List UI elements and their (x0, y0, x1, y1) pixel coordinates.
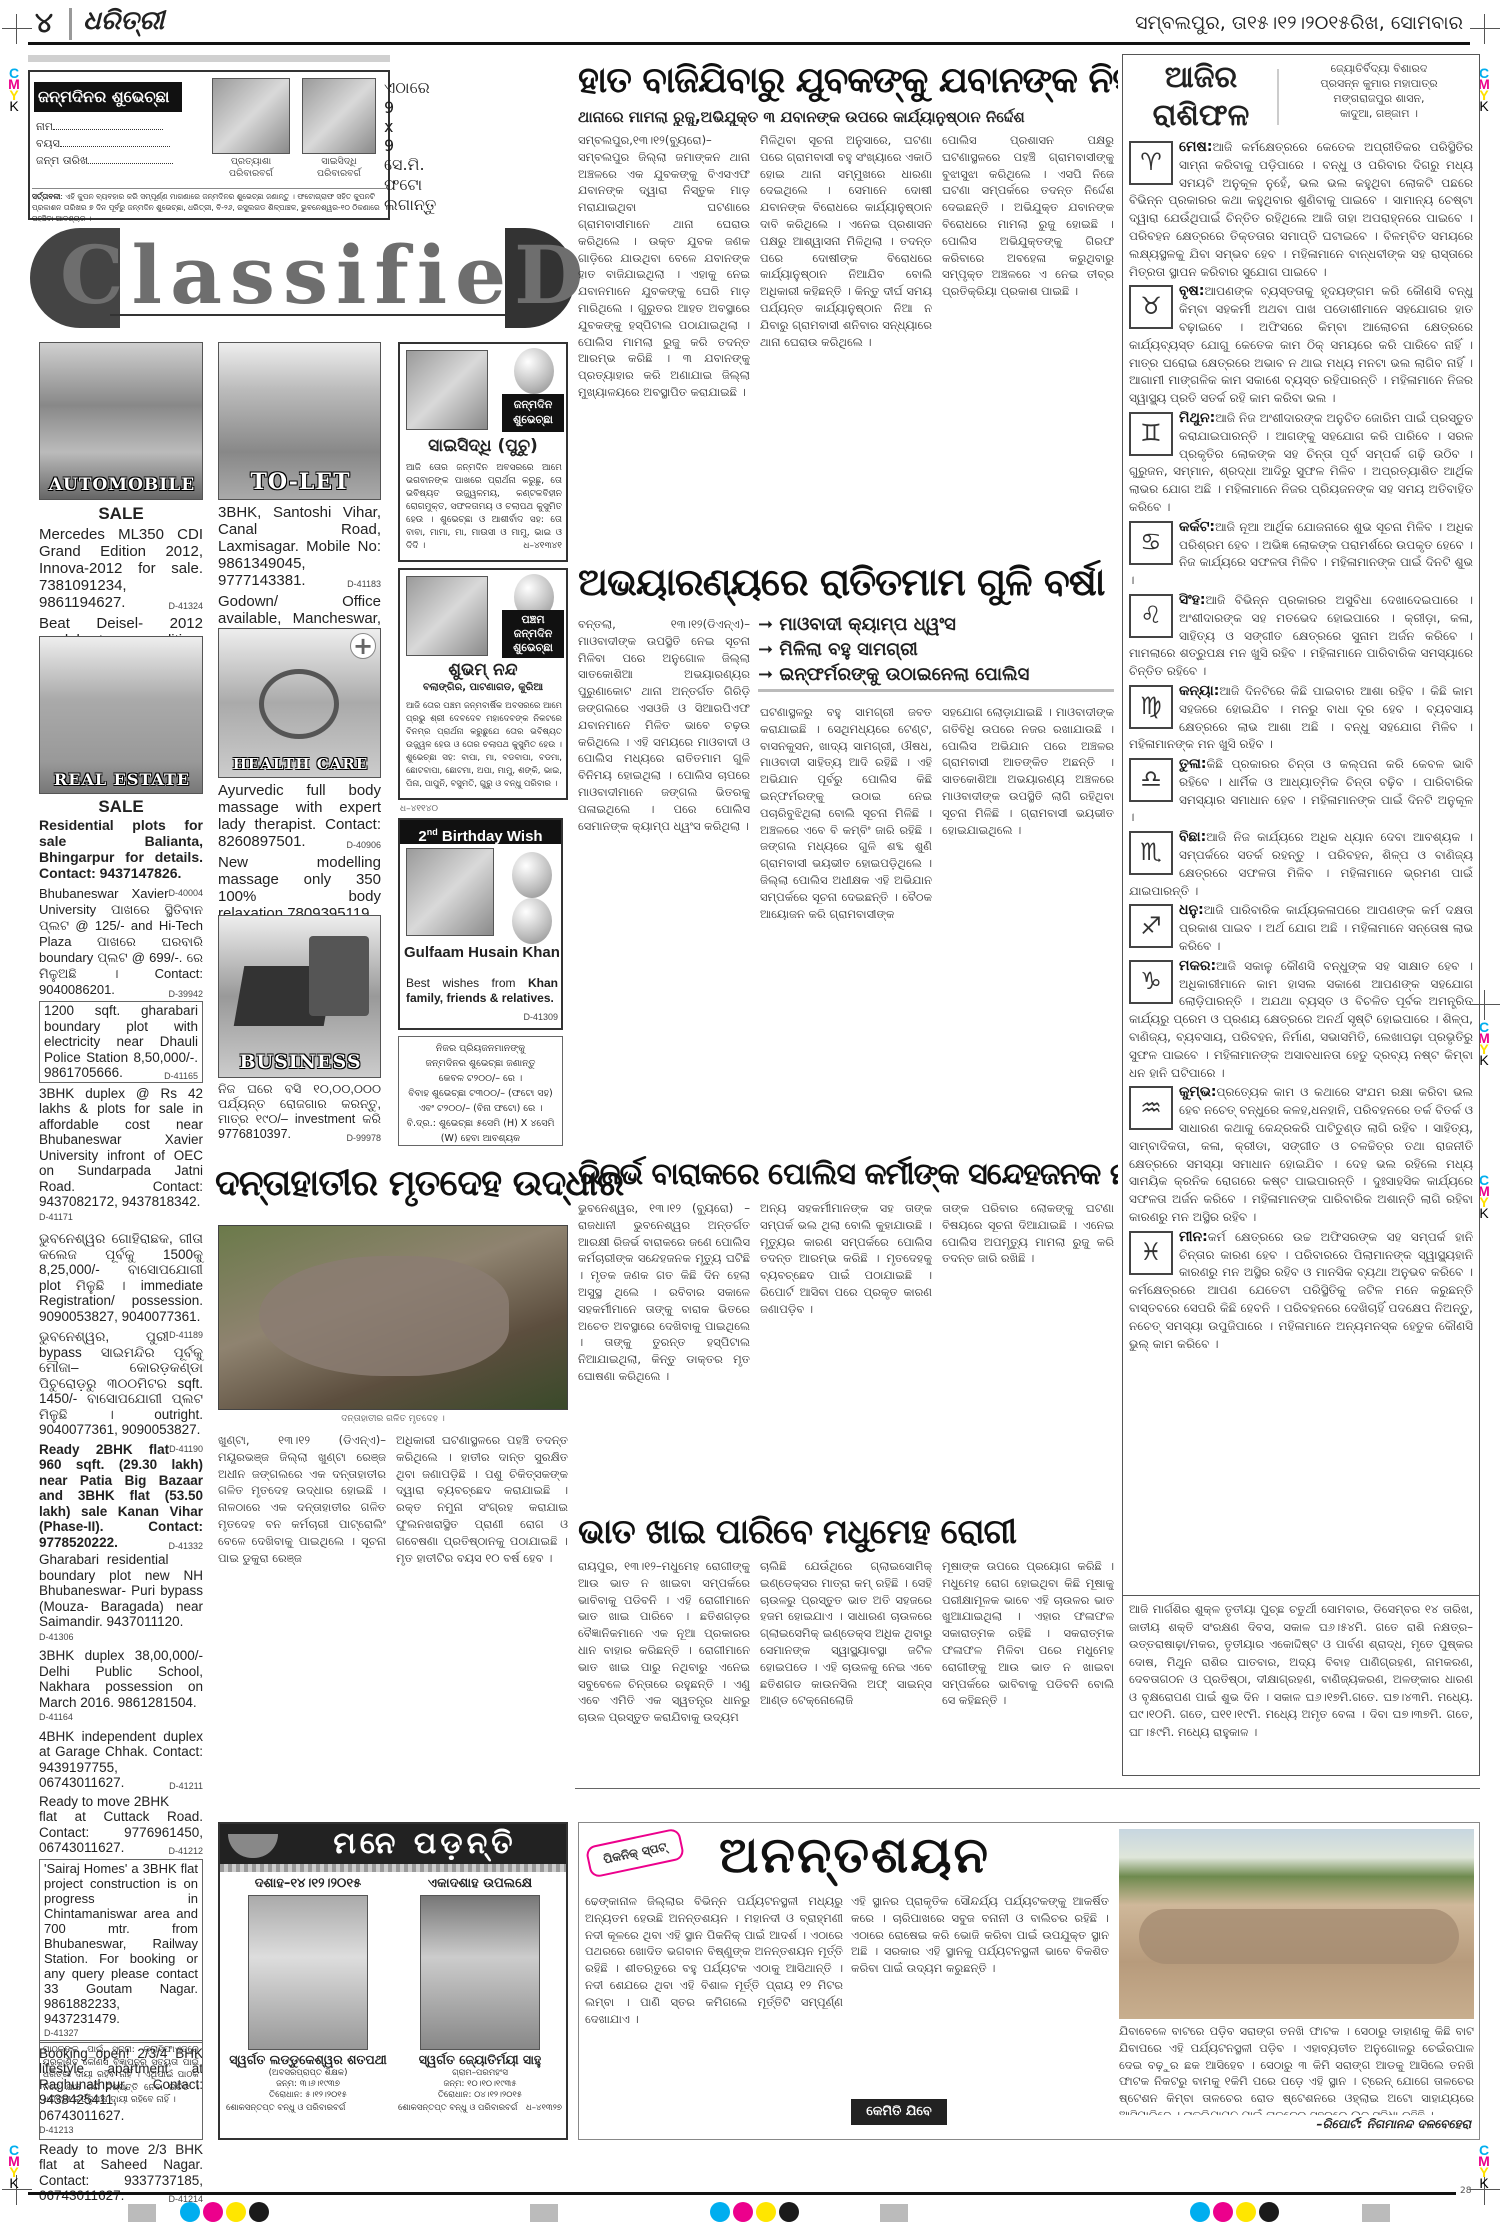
coupon-top-bar (28, 55, 390, 62)
health-care-label: HEALTH CARE (219, 755, 382, 773)
automobile-ad-image: AUTOMOBILE (39, 342, 203, 500)
business-section: ନିଜ ଘରେ ବସି ୧୦,୦୦,୦୦୦ ପର୍ଯ୍ୟନ୍ତ ରୋଜଗାର କ… (218, 1082, 381, 1146)
bottom-rule (28, 2192, 1456, 2195)
coupon-form: ନାମ ବୟସ ଜନ୍ମ ତାରିଖ (36, 118, 186, 169)
masthead: ୪ ଧରିତ୍ରୀ ସମ୍ବଲପୁର, ତା୧୫।୧୨।୨୦୧୫ରିଖ, ସୋମ… (35, 6, 1475, 44)
horoscope-sign-bichha: ♏ବିଛା:ଆଜି ନିଜ କାର୍ଯ୍ୟରେ ଅଧିକ ଧ୍ୟାନ ଦେବା … (1129, 829, 1473, 900)
color-dots (710, 2202, 802, 2222)
page-number: ୪ (35, 6, 53, 40)
birthday-wish-saisiddhi: ଜନ୍ମଦିନ ଶୁଭେଚ୍ଛା ସାଇସିଦ୍ଧି (ପୁଚୁ) ଆଜି ତୋ… (398, 342, 568, 562)
classified-ad[interactable]: 4BHK independent duplex at Garage Chhak.… (39, 1729, 203, 1791)
horoscope-sign-karkata: ♋କର୍କଟ:ଆଜି ନୂଆ ଆର୍ଥିକ ଯୋଜନାରେ ଶୁଭ ସୂଚନା … (1129, 519, 1473, 590)
coupon-dob-field[interactable]: ଜନ୍ମ ତାରିଖ (36, 152, 186, 169)
obituary-name: ସ୍ୱର୍ଗତ ଜ୍ୟୋତିର୍ମୟୀ ସାହୁ (398, 2052, 562, 2068)
coupon-photo-2 (302, 78, 376, 154)
police-col-1: ଭୁବନେଶ୍ୱର, ୧୩।୧୨ (ବ୍ୟୁରୋ) – ରାଜଧାନୀ ଭୁବନ… (578, 1200, 750, 1502)
cmyk-strip-left-bottom: CMYK (8, 2145, 20, 2189)
obituary-photo (420, 1895, 540, 2050)
birthday-name: ଶୁଭମ୍ ନନ୍ଦ (400, 660, 566, 680)
birthday-name: ସାଇସିଦ୍ଧି (ପୁଚୁ) (400, 436, 566, 456)
sanctuary-bullets: ➞ ମାଓବାଦୀ କ୍ୟାମ୍ପ ଧ୍ୱଂସ ➞ ମିଳିଲା ବହୁ ସାମ… (758, 612, 1114, 692)
elephant-headline: ଦନ୍ତାହାତୀର ମୃତଦେହ ଉଦ୍ଧାର (215, 1162, 570, 1206)
reader-notice: ପାଠକଙ୍କ ପାଇଁ ସୂଚନା: କ୍ଲାସିଫାଏଡ୍‌ରେ ପ୍ରକା… (39, 2040, 203, 2140)
ananta-col-3: ଯିବାବେଳେ ବାଟରେ ପଡ଼ିବ ସରାଙ୍ଗ ତନଖି ଫାଟକ । … (1119, 2023, 1474, 2115)
arrow-icon: ➞ (758, 614, 773, 635)
taurus-icon: ♉ (1129, 285, 1173, 329)
coupon-age-field[interactable]: ବୟସ (36, 135, 186, 152)
obituary-mourners: ଶୋକସନ୍ତପ୍ତ ବନ୍ଧୁ ଓ ପରିବାରବର୍ଗ (226, 2103, 390, 2113)
ananta-col-1: ଢେଙ୍କାନାଳ ଜିଲ୍ଲାର ବିଭିନ୍ନ ପର୍ଯ୍ୟଟନସ୍ଥଳୀ … (585, 1893, 843, 2133)
section-rule (575, 1788, 1480, 1789)
grey-swatch (530, 2204, 558, 2222)
stethoscope-icon (259, 669, 339, 739)
horoscope-sign-simha: ♌ସିଂହ:ଆଜି ବିଭିନ୍ନ ପ୍ରକାରର ଅସୁବିଧା ଦେଖାଦେ… (1129, 592, 1473, 681)
business-ad-image: BUSINESS (218, 915, 381, 1078)
youth-subheadline: ଥାନାରେ ମାମଲା ରୁଜୁ,ଅଭିଯୁକ୍ତ ୩ ଯବାନଙ୍କ ଉପର… (578, 108, 1118, 126)
sanctuary-headline: ଅଭୟାରଣ୍ୟରେ ରାତିତମାମ ଗୁଳି ବର୍ଷା (578, 556, 1118, 608)
panjika-divider (1123, 1595, 1479, 1596)
classified-ad[interactable]: 3BHK duplex @ Rs 42 lakhs & plots for sa… (39, 1086, 203, 1226)
horoscope-divider (1277, 69, 1279, 125)
aquarius-icon: ♒ (1129, 1086, 1173, 1130)
masthead-rule (28, 42, 1470, 45)
ananta-byline: –ରିପୋର୍ଟ: ନିଗମାନନ୍ଦ ଦଳବେହେରା (1317, 2117, 1471, 2132)
sanctuary-bullet: ➞ ମାଓବାଦୀ କ୍ୟାମ୍ପ ଧ୍ୱଂସ (758, 612, 1114, 637)
coupon-photo-2-caption: ସାଇସିଦ୍ଧି ପରିବାରବର୍ଗ (298, 156, 380, 180)
birthday-photo (406, 350, 488, 430)
horoscope-title: ଆଜିର ରାଶିଫଳ (1131, 59, 1271, 135)
horoscope-sign-meena: ♓ମୀନ:କର୍ମ କ୍ଷେତ୍ରରେ ଉଚ୍ଚ ଅଫିସରଙ୍କ ସହ ସମ୍… (1129, 1229, 1473, 1354)
elephant-col-1: ଖୁଣ୍ଟା, ୧୩।୧୨ (ଡିଏନ୍‌ଏ)– ମୟୂରଭଞ୍ଜ ଜିଲ୍ଲା… (218, 1432, 386, 1758)
sanctuary-bullet-rule (758, 689, 1114, 692)
cancer-icon: ♋ (1129, 521, 1173, 565)
diya-lamp-icon (228, 1834, 278, 1858)
classified-banner-text: ClassifieD (60, 230, 545, 320)
birthday-message: Best wishes from Khan family, friends & … (406, 976, 558, 1025)
obituary-title: ମନେ ପଡ଼ନ୍ତି (290, 1824, 560, 1864)
classified-ad[interactable]: 3BHK duplex 38,00,000/- Delhi Public Sch… (39, 1648, 203, 1726)
scorpio-icon: ♏ (1129, 831, 1173, 875)
real-estate-sale-heading: SALE (39, 797, 203, 817)
sanctuary-bullet: ➞ ମିଳିଲା ବହୁ ସାମଗ୍ରୀ (758, 637, 1114, 662)
real-estate-label: REAL ESTATE (40, 770, 204, 789)
obituary-border-strip (220, 1864, 566, 1872)
registration-mark-top-left (2, 14, 32, 44)
diabetes-headline: ଭାତ ଖାଇ ପାରିବେ ମଧୁମେହ ରୋଗୀ (578, 1508, 1118, 1556)
grey-swatch (880, 2204, 908, 2222)
picnic-spot-tag: ପିକନିକ୍ ସ୍ପଟ୍ (585, 1827, 686, 1878)
birthday-wish-shubham: ପଞ୍ଚମ ଜନ୍ମଦିନ ଶୁଭେଚ୍ଛା ଶୁଭମ୍ ନନ୍ଦ ବଲାଙ୍ଗ… (398, 568, 568, 800)
classified-ad[interactable]: Ayurvedic full body massage with expert … (218, 782, 381, 850)
to-let-label: TO-LET (219, 469, 382, 495)
classified-ad[interactable]: Residential plots for sale Balianta, Bhi… (39, 817, 203, 881)
birthday-code: ଧ–୪୧୧୪୦ (400, 804, 438, 814)
real-estate-ad-image: REAL ESTATE (39, 636, 203, 794)
police-headline: ରିଜର୍ଭ ବାରାକରେ ପୋଲିସ କର୍ମୀଙ୍କ ସନ୍ଦେହଜନକ … (578, 1152, 1118, 1198)
classified-ad[interactable]: Ready to move 2BHK flat at Cuttack Road.… (39, 1794, 203, 1856)
classified-ad[interactable]: 3BHK, Santoshi Vihar, Canal Road, Laxmis… (218, 504, 381, 589)
medical-cross-icon: + (350, 633, 376, 659)
classified-ad[interactable]: ନିଜ ଘରେ ବସି ୧୦,୦୦,୦୦୦ ପର୍ଯ୍ୟନ୍ତ ରୋଜଗାର କ… (218, 1082, 381, 1142)
aries-icon: ♈ (1129, 141, 1173, 185)
horoscope-sign-dhanu: ♐ଧନୁ:ଆଜି ପାରିବାରିକ କାର୍ଯ୍ୟକଳାପରେ ଆପଣଙ୍କ … (1129, 902, 1473, 955)
birthday-photo (406, 848, 494, 936)
sanctuary-bullet: ➞ ଇନ୍‌ଫର୍ମରଙ୍କୁ ଉଠାଇନେଲା ପୋଲିସ (758, 662, 1114, 687)
automobile-label: AUTOMOBILE (40, 475, 204, 495)
birthday-wish-title: 2nd Birthday Wish (400, 820, 561, 844)
arrow-icon: ➞ (758, 639, 773, 660)
elephant-photo-caption: ଦନ୍ତାହାତୀର ଗଳିତ ମୃତଦେହ । (218, 1414, 568, 1424)
reclining-statue (1139, 1909, 1459, 1964)
cmyk-strip-left-top: CMYK (8, 68, 20, 112)
classified-ad[interactable]: ଭୁବନେଶ୍ୱର, ପୁରୀ bypass ସାଇମନ୍ଦିର ପୂର୍ବକୁ… (39, 1329, 203, 1438)
police-col-2: ଅନ୍ୟ ସହକର୍ମୀମାନଙ୍କ ସହ ତାଙ୍କ ସମ୍ପର୍କ ଭଲ ଥ… (760, 1200, 932, 1502)
classified-ad-boxed[interactable]: 1200 sqft. gharabari boundary plot with … (39, 1001, 203, 1083)
sagittarius-icon: ♐ (1129, 904, 1173, 948)
paper-name: ଧରିତ୍ରୀ (83, 6, 164, 37)
balloon-icon (512, 898, 552, 944)
color-dots (1190, 2202, 1282, 2222)
obituary-header: ମନେ ପଡ଼ନ୍ତି (220, 1824, 566, 1864)
classified-banner: ClassifieD (30, 228, 575, 330)
birthday-place: ବଲାଙ୍ଗିର, ପାଟଣାଗଡ, କୁରିଆ (400, 682, 566, 693)
coupon-terms: ସର୍ତ୍ତାବଳୀ: ଏହି କୁପନ ବ୍ୟବହାର କରି ସମ୍ପୂର୍… (32, 188, 386, 224)
diabetes-col-2: ଚାଲିଛି ଯେଉଁଥିରେ ଗ୍ଲାଇସୋମିକ୍ ଇଣ୍ଡେକ୍ସର ମା… (760, 1558, 932, 1778)
ananta-shayana-box: ପିକନିକ୍ ସ୍ପଟ୍ ଅନନ୍ତଶୟନ ଢେଙ୍କାନାଳ ଜିଲ୍ଲାର… (578, 1822, 1480, 2140)
elephant-silhouette (259, 1256, 509, 1376)
astrologer-credit: ଜ୍ୟୋତିର୍ବିଦ୍ୟା ବିଶାରଦ ପ୍ରସନ୍ନ କୁମାର ମହାପ… (1283, 61, 1475, 121)
briefcase-icon (309, 936, 369, 1016)
automobile-sale-heading: SALE (39, 504, 203, 524)
capricorn-icon: ♑ (1129, 960, 1173, 1004)
classified-ad[interactable]: Ready 2BHK flat 960 sqft. (29.30 lakh) n… (39, 1442, 203, 1551)
elephant-col-2: ଅଧିକାରୀ ଘଟଣାସ୍ଥଳରେ ପହଞ୍ଚି ତଦନ୍ତ କରିଥିଲେ … (396, 1432, 568, 1758)
classified-ad[interactable]: Gharabari residential boundary plot new … (39, 1552, 203, 1645)
ananta-shayana-photo (1119, 1829, 1474, 2019)
print-color-bar (0, 2200, 1500, 2222)
horoscope-sign-mithuna: ♊ମିଥୁନ:ଆଜି ନିଜ ଅଂଶୀଦାରଙ୍କ ଅନୁଚିତ ଜୋରିମ ପ… (1129, 410, 1473, 517)
classified-ad-boxed[interactable]: 'Sairaj Homes' a 3BHK flat project const… (39, 1859, 203, 2043)
pisces-icon: ♓ (1129, 1231, 1173, 1275)
youth-col-2: ମିଳିଥିବା ସୂଚନା ଅନୁସାରେ, ଘଟଣା ପରେ ଗ୍ରାମବା… (760, 132, 932, 534)
dateline: ସମ୍ବଲପୁର, ତା୧୫।୧୨।୨୦୧୫ରିଖ, ସୋମବାର (1135, 12, 1463, 34)
virgo-icon: ♍ (1129, 685, 1173, 729)
horoscope-sign-kumbha: ♒କୁମ୍ଭ:ପ୍ରତ୍ୟେକ କାମ ଓ କଥାରେ ସଂଯମ ରକ୍ଷା କ… (1129, 1084, 1473, 1226)
masthead-divider (69, 8, 72, 40)
to-let-ad-image: TO-LET (218, 342, 381, 500)
classified-ad[interactable]: ଭୁବନେଶ୍ୱର ଗୋହିରାଛକ, ଗୀତା କଲେଜ ପୂର୍ବକୁ 15… (39, 1231, 203, 1324)
birthday-name: Gulfaam Husain Khan (404, 944, 561, 961)
balloon-icon (514, 348, 554, 394)
obituary-mourners: ଶୋକସନ୍ତପ୍ତ ବନ୍ଧୁ ଓ ପରିବାରବର୍ଗ ଧ–୪୧୩୨୭ (398, 2103, 562, 2113)
coupon-title: ଜନ୍ମଦିନର ଶୁଭେଚ୍ଛା (34, 82, 182, 112)
balloon-icon (512, 852, 552, 898)
youth-col-3: ପୋଲିସ ପ୍ରଶାସନ ପକ୍ଷରୁ ଘଟଣାସ୍ଥଳରେ ପହଞ୍ଚି ଗ… (942, 132, 1114, 534)
obituary-occasion: ଦଶାହ–୧୪।୧୨।୨୦୧୫ (226, 1876, 390, 1891)
sanctuary-col-2: ଘଟଣାସ୍ଥଳରୁ ବହୁ ସାମଗ୍ରୀ ଜବତ କରାଯାଇଛି । ସେ… (760, 704, 932, 1128)
folio-number: 28 (1460, 2186, 1471, 2196)
youth-headline: ହାତ ବାଜିଯିବାରୁ ଯୁବକଙ୍କୁ ଯବାନଙ୍କ ନିସ୍ତୁକ … (578, 56, 1118, 106)
health-care-ad-image: + HEALTH CARE (218, 628, 381, 778)
horoscope-sign-tula: ♎ତୁଳା:କିଛି ପ୍ରକାରର ଚିନ୍ତା ଓ କଲ୍ପନା କରି କ… (1129, 756, 1473, 827)
birthday-message: ଆଜି ତୋର ପଞ୍ଚମ ଜନ୍ମବାର୍ଷିକ ଅବସରରେ ଆମେ ପ୍ର… (406, 700, 562, 791)
classified-ad[interactable]: Bhubaneswar Xavier University ପାଖରେ ସ୍ଥି… (39, 886, 203, 998)
obituary-occasion: ଏକାଦଶାହ ଉପଲକ୍ଷେ (398, 1876, 562, 1891)
birthday-message: ଆଜି ତୋର ଜନ୍ମଦିନ ଅବସରରେ ଆମେ ଭଗବାନଙ୍କ ପାଖର… (406, 462, 562, 553)
horoscope-box: ଆଜିର ରାଶିଫଳ ଜ୍ୟୋତିର୍ବିଦ୍ୟା ବିଶାରଦ ପ୍ରସନ୍… (1122, 54, 1480, 1776)
obituary-photo (248, 1895, 368, 2050)
coupon-name-field[interactable]: ନାମ (36, 118, 186, 135)
sanctuary-col-3: ସହଯୋଗ ଲୋଡ଼ାଯାଇଛି । ମାଓବାଦୀଙ୍କ ଗତିବିଧି ଉପ… (942, 704, 1114, 1128)
police-col-3: ତାଙ୍କ ପରିବାର ଲୋକଙ୍କୁ ଘଟଣା ବିଷୟରେ ସୂଚନା ଦ… (942, 1200, 1114, 1502)
obituary-details: (ଅବସରପ୍ରାପ୍ତ ଶିକ୍ଷକ) ଜନ୍ମ: ୩।୬।୧୯୩୭ ତିରୋ… (226, 2068, 390, 2101)
birthday-badge: ପଞ୍ଚମ ଜନ୍ମଦିନ ଶୁଭେଚ୍ଛା (502, 610, 564, 658)
birthday-rates-box: ନିଜର ପ୍ରିୟଜନମାନଙ୍କୁ ଜନ୍ମଦିନର ଶୁଭେଚ୍ଛା ଜଣ… (398, 1036, 563, 1146)
elephant-photo (218, 1225, 568, 1410)
grey-swatch (1362, 2204, 1390, 2222)
horoscope-sign-brusha: ♉ବୃଷ:ଆପଣଙ୍କ ବ୍ୟସ୍ତତାକୁ ହୃଦୟଙ୍ଗମ କରି କୌଣସ… (1129, 283, 1473, 408)
classified-ad[interactable]: Mercedes ML350 CDI Grand Edition 2012, I… (39, 526, 203, 611)
gemini-icon: ♊ (1129, 412, 1173, 456)
horoscope-sign-kanya: ♍କନ୍ୟା:ଆଜି ଦିନଟିରେ କିଛି ପାଇବାର ଆଶା ରହିବ … (1129, 683, 1473, 754)
cmyk-strip-right-bottom: CMYK (1478, 2145, 1490, 2189)
sanctuary-lead: ବନ୍ତଲା, ୧୩।୧୨(ଡିଏନ୍‌ଏ)–ମାଓବାଦୀଙ୍କ ଉପସ୍ଥି… (578, 616, 750, 1128)
birthday-badge: ଜନ୍ମଦିନ ଶୁଭେଚ୍ଛା (502, 394, 564, 432)
youth-col-1: ସମ୍ବଲପୁର,୧୩।୧୨(ବ୍ୟୁରୋ)–ସମ୍ବଲପୁର ଜିଲ୍ଲା ଜ… (578, 132, 750, 534)
birthday-photo (406, 576, 488, 656)
obituary-person-1: ଦଶାହ–୧୪।୧୨।୨୦୧୫ ସ୍ୱର୍ଗତ ଲଡ୍ଡୁକେଶ୍ୱର ଶତପଥ… (226, 1876, 390, 2113)
coupon-photo-1-caption: ପ୍ରତ୍ୟାଶା ପରିବାରବର୍ଗ (208, 156, 294, 180)
horoscope-sign-makara: ♑ମକର:ଆଜି ସକାଳୁ କୌଣସି ବନ୍ଧୁଙ୍କ ସହ ସାକ୍ଷାତ… (1129, 958, 1473, 1083)
real-estate-section: SALE Residential plots for sale Balianta… (39, 797, 203, 2208)
birthday-coupon: ଜନ୍ମଦିନର ଶୁଭେଚ୍ଛା ନାମ ବୟସ ଜନ୍ମ ତାରିଖ ପ୍ର… (28, 70, 390, 220)
arrow-icon: ➞ (758, 664, 773, 685)
ananta-col-2: ଏହି ସ୍ଥାନର ପ୍ରାକୃତିକ ସୌନ୍ଦର୍ଯ୍ୟ ପର୍ଯ୍ୟଟକ… (851, 1893, 1109, 2093)
coupon-photo-1 (212, 78, 290, 154)
diabetes-col-1: ରାୟପୁର, ୧୩।୧୨–ମଧୁମେହ ରୋଗୀଙ୍କୁ ଆଉ ଭାତ ନ ଖ… (578, 1558, 750, 1778)
obituary-box: ମନେ ପଡ଼ନ୍ତି ଦଶାହ–୧୪।୧୨।୨୦୧୫ ସ୍ୱର୍ଗତ ଲଡ୍ଡ… (218, 1822, 568, 2140)
birthday-wish-gulfaam: 2nd Birthday Wish Gulfaam Husain Khan Be… (398, 818, 563, 1030)
horoscope-list: ♈ମେଷ:ଆଜି କର୍ମକ୍ଷେତ୍ରରେ କେତେକ ଅପ୍ରୀତିକର ପ… (1129, 139, 1473, 1569)
leo-icon: ♌ (1129, 594, 1173, 638)
libra-icon: ♎ (1129, 758, 1173, 802)
obituary-person-2: ଏକାଦଶାହ ଉପଲକ୍ଷେ ସ୍ୱର୍ଗତ ଜ୍ୟୋତିର୍ମୟୀ ସାହୁ… (398, 1876, 562, 2113)
panjika-text: ଆଜି ମାର୍ଗଶିର ଶୁକ୍ଳ ତୃତୀୟା ପୁଚ୍ଛ ଚତୁର୍ଥୀ … (1129, 1601, 1473, 1741)
diabetes-col-3: ମୂଷାଙ୍କ ଉପରେ ପ୍ରୟୋଗ କରିଛି । ମଧୁମେହ ରୋଗ ହ… (942, 1558, 1114, 1778)
obituary-name: ସ୍ୱର୍ଗତ ଲଡ୍ଡୁକେଶ୍ୱର ଶତପଥୀ (226, 2052, 390, 2068)
how-to-reach-button[interactable]: କେମିତି ଯିବେ (851, 2099, 947, 2125)
horoscope-sign-mesha: ♈ମେଷ:ଆଜି କର୍ମକ୍ଷେତ୍ରରେ କେତେକ ଅପ୍ରୀତିକର ପ… (1129, 139, 1473, 281)
obituary-details: ଗ୍ରାମ–ପରମହଂସ ଜନ୍ମ: ୧୦।୧୦।୧୯୩୫ ତିରୋଧାନ: ୦… (398, 2068, 562, 2101)
ananta-headline: ଅନନ୍ତଶୟନ (719, 1825, 1099, 1885)
business-label: BUSINESS (219, 1051, 382, 1073)
